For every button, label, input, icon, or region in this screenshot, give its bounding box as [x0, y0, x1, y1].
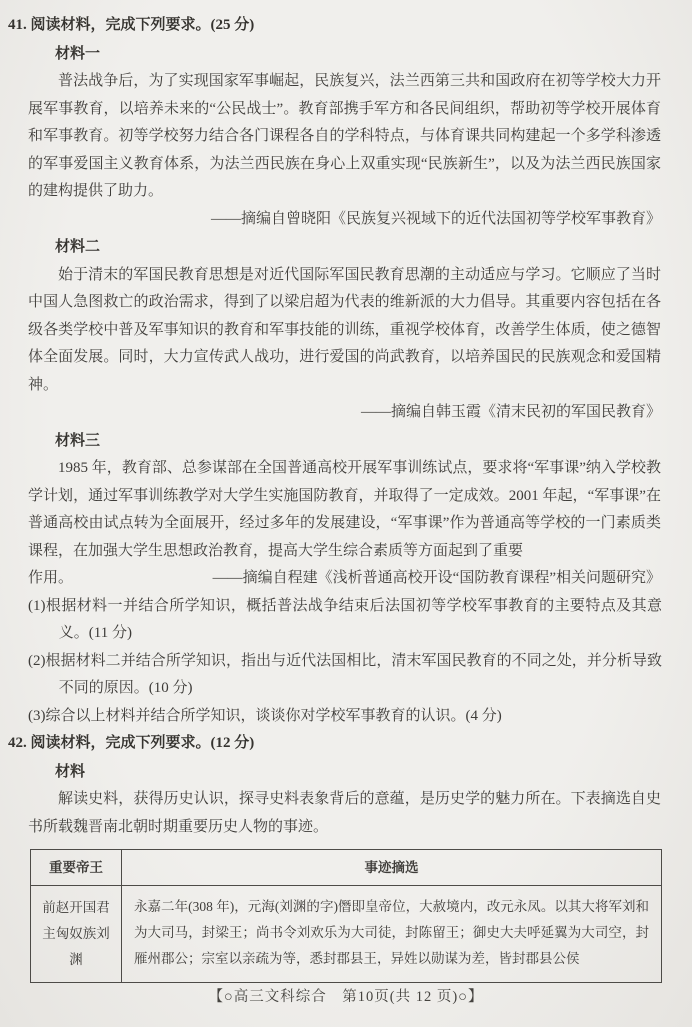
material-2-source: ——摘编自韩玉霞《清末民初的军国民教育》 [28, 399, 661, 427]
question-41-sub-2: (2)根据材料二并结合所学知识，指出与近代法国相比，清末军国民教育的不同之处，并… [28, 648, 662, 703]
emperor-deeds-table: 重要帝王 事迹摘选 前赵开国君主匈奴族刘渊 永嘉二年(308 年)，元海(刘渊的… [30, 849, 662, 983]
table-header-row: 重要帝王 事迹摘选 [31, 850, 662, 886]
page-footer: 【○高三文科综合 第10页(共 12 页)○】 [0, 984, 692, 1012]
material-3-paragraph-tail: 作用。 [28, 565, 73, 593]
question-41-sub-3: (3)综合以上材料并结合所学知识，谈谈你对学校军事教育的认识。(4 分) [28, 703, 662, 731]
material-42-paragraph: 解读史料，获得历史认识，探寻史料表象背后的意蕴，是历史学的魅力所在。下表摘选自史… [28, 786, 661, 841]
question-42-number: 42. [8, 735, 27, 751]
question-41-sub-1: (1)根据材料一并结合所学知识，概括普法战争结束后法国初等学校军事教育的主要特点… [28, 593, 662, 648]
material-1-paragraph: 普法战争后，为了实现国家军事崛起，民族复兴，法兰西第三共和国政府在初等学校大力开… [28, 68, 661, 206]
table-header-deeds: 事迹摘选 [122, 850, 662, 886]
material-3-heading: 材料三 [55, 428, 662, 456]
question-41-number: 41. [8, 17, 27, 33]
material-2-heading: 材料二 [55, 234, 662, 262]
question-42-title: 42. 阅读材料，完成下列要求。(12 分) [8, 730, 662, 758]
question-42-instruction: 阅读材料，完成下列要求。(12 分) [31, 735, 255, 751]
material-2-paragraph: 始于清末的军国民教育思想是对近代国际军国民教育思潮的主动适应与学习。它顺应了当时… [28, 262, 661, 400]
table-header-emperor: 重要帝王 [31, 850, 122, 886]
material-1-heading: 材料一 [55, 41, 662, 69]
material-3-paragraph: 1985 年，教育部、总参谋部在全国普通高校开展军事训练试点，要求将“军事课”纳… [28, 455, 661, 565]
scan-content: 41. 阅读材料，完成下列要求。(25 分) 材料一 普法战争后，为了实现国家军… [0, 12, 692, 983]
question-41-title: 41. 阅读材料，完成下列要求。(25 分) [8, 12, 662, 40]
material-3-tail-line: 作用。 ——摘编自程建《浅析普通高校开设“国防教育课程”相关问题研究》 [28, 565, 661, 593]
material-1-source: ——摘编自曾晓阳《民族复兴视域下的近代法国初等学校军事教育》 [28, 206, 661, 234]
material-3-source: ——摘编自程建《浅析普通高校开设“国防教育课程”相关问题研究》 [213, 565, 661, 593]
material-42-heading: 材料 [55, 759, 662, 787]
exam-scan-page: 41. 阅读材料，完成下列要求。(25 分) 材料一 普法战争后，为了实现国家军… [0, 0, 692, 1027]
table-cell-deeds: 永嘉二年(308 年)，元海(刘渊的字)僭即皇帝位，大赦境内，改元永凤。以其大将… [122, 886, 662, 983]
question-41-instruction: 阅读材料，完成下列要求。(25 分) [31, 17, 255, 33]
table-cell-emperor: 前赵开国君主匈奴族刘渊 [31, 886, 122, 983]
table-row: 前赵开国君主匈奴族刘渊 永嘉二年(308 年)，元海(刘渊的字)僭即皇帝位，大赦… [31, 886, 662, 983]
